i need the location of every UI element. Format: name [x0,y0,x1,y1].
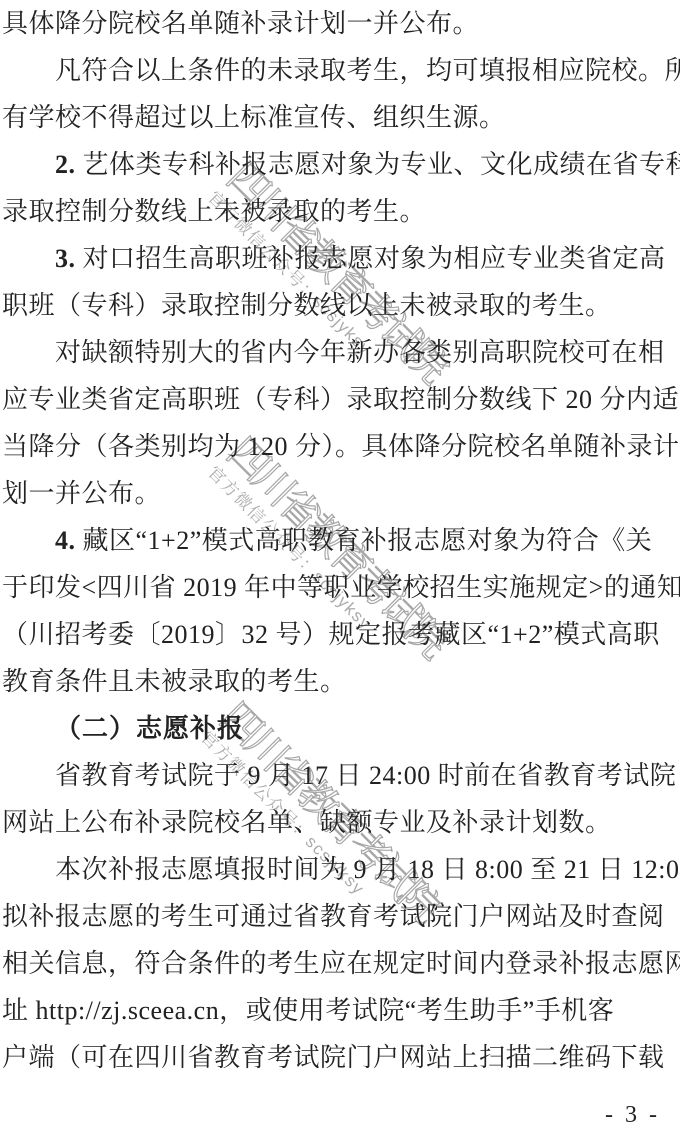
line-text: 教育条件且未被录取的考生。 [2,667,347,696]
line-text: 本次补报志愿填报时间为 9 月 18 日 8:00 至 21 日 12:00。 [55,855,680,884]
line-text: 拟补报志愿的考生可通过省教育考试院门户网站及时查阅 [2,902,665,931]
line-text: 相关信息，符合条件的考生应在规定时间内登录补报志愿网 [2,949,680,978]
line-text: 址 http://zj.sceea.cn，或使用考试院“考生助手”手机客 [2,996,614,1025]
document-line: 具体降分院校名单随补录计划一并公布。 [2,0,678,47]
line-text: （二）志愿补报 [55,713,244,743]
line-text: 藏区“1+2”模式高职教育补报志愿对象为符合《关 [83,526,653,555]
line-text: 省教育考试院于 9 月 17 日 24:00 时前在省教育考试院 [55,761,676,790]
document-line: 4. 藏区“1+2”模式高职教育补报志愿对象为符合《关 [2,517,678,564]
line-text: 艺体类专科补报志愿对象为专业、文化成绩在省专科 [83,150,680,179]
document-line: 3. 对口招生高职班补报志愿对象为相应专业类省定高 [2,235,678,282]
document-line: （川招考委〔2019〕32 号）规定报考藏区“1+2”模式高职 [2,611,678,658]
document-line: 对缺额特别大的省内今年新办各类别高职院校可在相 [2,329,678,376]
line-text: 凡符合以上条件的未录取考生，均可填报相应院校。所 [55,56,680,85]
document-line: 于印发<四川省 2019 年中等职业学校招生实施规定>的通知》 [2,564,678,611]
line-text: 职班（专科）录取控制分数线以上未被录取的考生。 [2,291,612,320]
document-line: 当降分（各类别均为 120 分）。具体降分院校名单随补录计 [2,423,678,470]
document-line: 职班（专科）录取控制分数线以上未被录取的考生。 [2,282,678,329]
line-text: 网站上公布补录院校名单、缺额专业及补录计划数。 [2,808,612,837]
line-text: 录取控制分数线上未被录取的考生。 [2,197,426,226]
list-number: 3. [55,244,83,273]
document-line: 户端（可在四川省教育考试院门户网站上扫描二维码下载 [2,1034,678,1081]
document-line: 网站上公布补录院校名单、缺额专业及补录计划数。 [2,799,678,846]
document-line: 本次补报志愿填报时间为 9 月 18 日 8:00 至 21 日 12:00。 [2,846,678,893]
document-body: 具体降分院校名单随补录计划一并公布。凡符合以上条件的未录取考生，均可填报相应院校… [2,0,678,1081]
document-page: 四川省教育考试院 官方微信公众号：scsjyksy 四川省教育考试院 官方微信公… [0,0,680,1135]
list-number: 2. [55,150,83,179]
document-line: 录取控制分数线上未被录取的考生。 [2,188,678,235]
document-line: 省教育考试院于 9 月 17 日 24:00 时前在省教育考试院 [2,752,678,799]
document-line: 相关信息，符合条件的考生应在规定时间内登录补报志愿网 [2,940,678,987]
page-number: - 3 - [605,1102,660,1129]
document-line: 2. 艺体类专科补报志愿对象为专业、文化成绩在省专科 [2,141,678,188]
line-text: （川招考委〔2019〕32 号）规定报考藏区“1+2”模式高职 [2,620,660,649]
line-text: 户端（可在四川省教育考试院门户网站上扫描二维码下载 [2,1043,665,1072]
document-line: 址 http://zj.sceea.cn，或使用考试院“考生助手”手机客 [2,987,678,1034]
line-text: 具体降分院校名单随补录计划一并公布。 [2,9,479,38]
line-text: 划一并公布。 [2,479,161,508]
document-line: 有学校不得超过以上标准宣传、组织生源。 [2,94,678,141]
document-line: 应专业类省定高职班（专科）录取控制分数线下 20 分内适 [2,376,678,423]
line-text: 有学校不得超过以上标准宣传、组织生源。 [2,103,506,132]
line-text: 当降分（各类别均为 120 分）。具体降分院校名单随补录计 [2,432,680,461]
line-text: 对缺额特别大的省内今年新办各类别高职院校可在相 [55,338,665,367]
document-line: 拟补报志愿的考生可通过省教育考试院门户网站及时查阅 [2,893,678,940]
document-line: 凡符合以上条件的未录取考生，均可填报相应院校。所 [2,47,678,94]
document-line: （二）志愿补报 [2,705,678,752]
document-line: 划一并公布。 [2,470,678,517]
line-text: 于印发<四川省 2019 年中等职业学校招生实施规定>的通知》 [2,573,680,602]
line-text: 对口招生高职班补报志愿对象为相应专业类省定高 [83,244,666,273]
document-line: 教育条件且未被录取的考生。 [2,658,678,705]
line-text: 应专业类省定高职班（专科）录取控制分数线下 20 分内适 [2,385,679,414]
list-number: 4. [55,526,83,555]
